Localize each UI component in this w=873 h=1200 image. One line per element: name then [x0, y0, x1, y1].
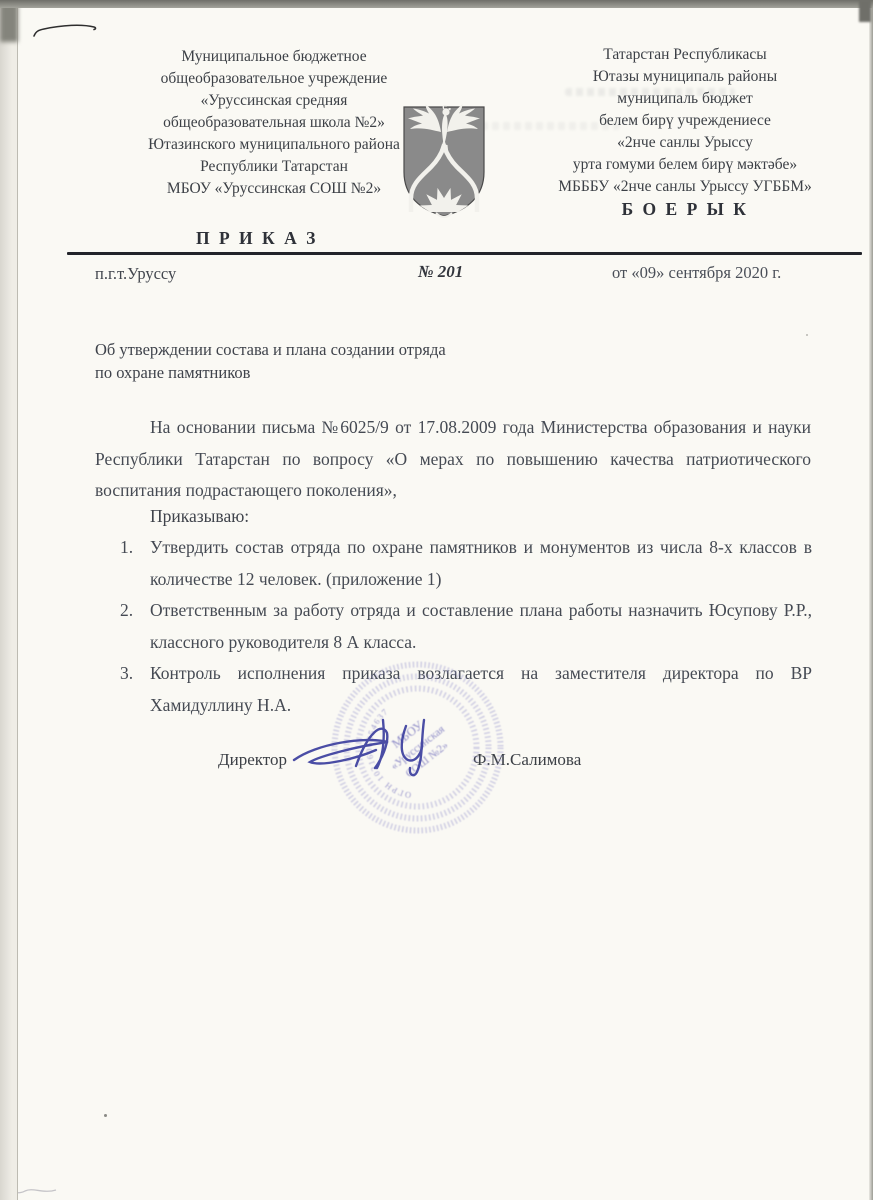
- order-item: 2. Ответственным за работу отряда и сост…: [120, 595, 812, 658]
- issue-date: от «09» сентября 2020 г.: [612, 263, 781, 283]
- subject-line: Об утверждении состава и плана создании …: [95, 338, 615, 361]
- org-line: муниципаль бюджет: [518, 88, 852, 110]
- org-line: урта гомуми белем бирү мәктәбе»: [518, 154, 852, 176]
- item-number: 2.: [120, 595, 150, 658]
- org-name-tatar: Татарстан Республикасы Ютазы муниципаль …: [518, 44, 852, 198]
- issue-place: п.г.т.Уруссу: [95, 264, 176, 284]
- org-line: МБББУ «2нче санлы Урыссу УГББМ»: [518, 176, 852, 198]
- org-line: Ютазы муниципаль районы: [518, 66, 852, 88]
- order-preamble: На основании письма №6025/9 от 17.08.200…: [95, 412, 811, 507]
- order-subject: Об утверждении состава и плана создании …: [95, 338, 615, 384]
- scan-right-edge: [869, 0, 873, 1200]
- pen-mark: [30, 20, 106, 44]
- doc-type-tatar: Б О Е Р Ы К: [518, 199, 852, 220]
- signer-title: Директор: [218, 750, 287, 770]
- scan-right-notch: [859, 0, 871, 22]
- org-line: белем бирү учреждениесе: [518, 110, 852, 132]
- item-number: 3.: [120, 658, 150, 721]
- item-number: 1.: [120, 532, 150, 595]
- org-line: «2нче санлы Урыссу: [518, 132, 852, 154]
- scan-speck: [806, 334, 808, 336]
- order-verb: Приказываю:: [150, 506, 249, 527]
- header-rule: [67, 252, 862, 255]
- coat-of-arms-icon: [398, 102, 490, 220]
- item-text: Ответственным за работу отряда и составл…: [150, 595, 812, 658]
- subject-line: по охране памятников: [95, 361, 615, 384]
- doc-type-russian: П Р И К А З: [196, 228, 318, 249]
- org-line: Татарстан Республикасы: [518, 44, 852, 66]
- org-line: общеобразовательное учреждение: [98, 68, 450, 90]
- signature-scribble-icon: [288, 700, 458, 800]
- scan-top-edge: [0, 0, 873, 8]
- order-item: 1. Утвердить состав отряда по охране пам…: [120, 532, 812, 595]
- item-text: Утвердить состав отряда по охране памятн…: [150, 532, 812, 595]
- org-line: Муниципальное бюджетное: [98, 46, 450, 68]
- order-number: № 201: [418, 262, 463, 282]
- scan-left-edge: [0, 0, 18, 1200]
- scan-speck: [104, 1114, 107, 1117]
